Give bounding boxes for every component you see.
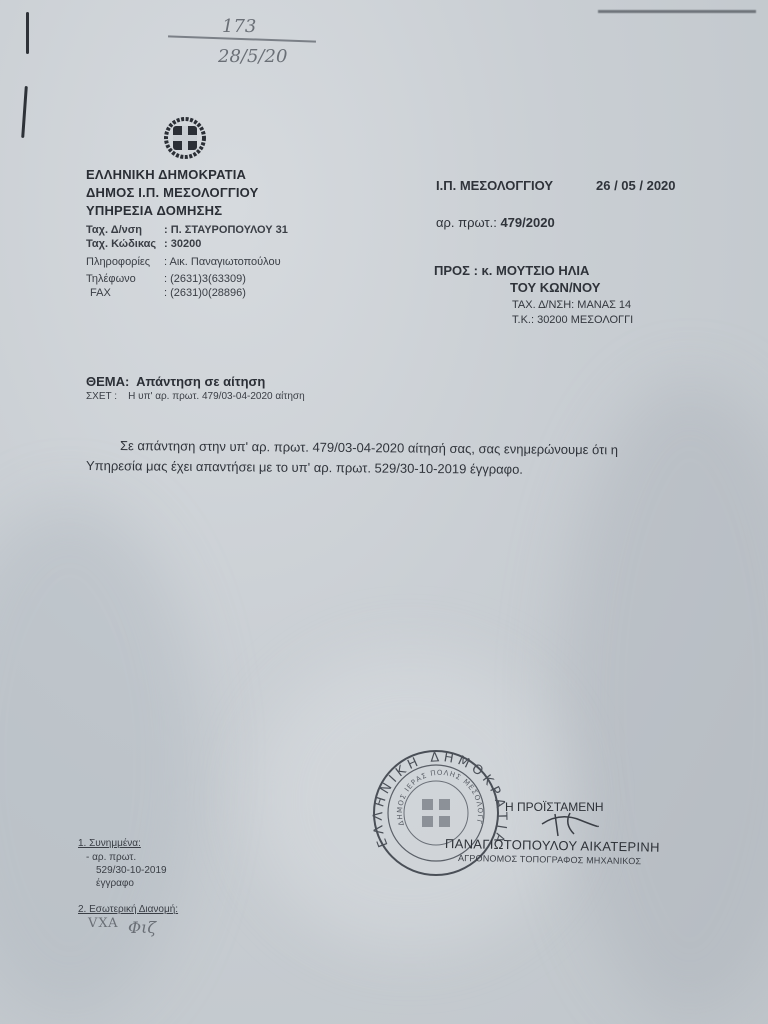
distribution-initials: VXA: [88, 916, 119, 931]
sender-municipality: ΔΗΜΟΣ Ι.Π. ΜΕΣΟΛΟΓΓΙΟΥ: [86, 185, 258, 200]
attachment-line: έγγραφο: [96, 878, 134, 889]
handwritten-signature: [540, 810, 600, 838]
date: 26 / 05 / 2020: [596, 178, 676, 193]
place: Ι.Π. ΜΕΣΟΛΟΓΓΙΟΥ: [436, 178, 553, 193]
margin-mark: [21, 86, 28, 138]
handwritten-date: 28/5/20: [218, 46, 287, 67]
recipient-name: ΠΡΟΣ : κ. ΜΟΥΤΣΙΟ ΗΛΙΑ: [434, 263, 589, 278]
sender-department: ΥΠΗΡΕΣΙΑ ΔΟΜΗΣΗΣ: [86, 203, 222, 218]
greek-coat-of-arms-icon: [163, 116, 207, 160]
scanned-letter-page: 173 28/5/20 ΕΛΛΗΝΙΚΗ ΔΗΜΟΚΡΑΤΙΑ ΔΗΜΟΣ Ι.…: [0, 0, 768, 1024]
recipient-postcode: Τ.Κ.: 30200 ΜΕΣΟΛΟΓΓΙ: [512, 314, 633, 326]
distribution-signature: Φιζ: [128, 918, 156, 937]
sender-field-address: Ταχ. Δ/νση: Π. ΣΤΑΥΡΟΠΟΥΛΟΥ 31: [86, 224, 288, 236]
sender-field-info: Πληροφορίες: Αικ. Παναγιωτοπούλου: [86, 256, 281, 268]
scan-edge-line: [598, 10, 756, 13]
protocol-number: αρ. πρωτ.: 479/2020: [436, 215, 555, 230]
body-line-2: Υπηρεσία μας έχει απαντήσει με το υπ' αρ…: [86, 456, 523, 480]
margin-mark: [26, 12, 29, 54]
subject-line: ΘΕΜΑ: Απάντηση σε αίτηση: [86, 374, 265, 389]
attachment-line: 529/30-10-2019: [96, 865, 167, 876]
sender-field-fax: FAX: (2631)0(28896): [90, 287, 246, 299]
sender-country: ΕΛΛΗΝΙΚΗ ΔΗΜΟΚΡΑΤΙΑ: [86, 167, 246, 182]
attachments-heading: 1. Συνημμένα:: [78, 838, 141, 849]
distribution-heading: 2. Εσωτερική Διανομή:: [78, 904, 178, 915]
handwritten-number: 173: [222, 16, 256, 37]
official-stamp: ΕΛΛΗΝΙΚΗ ΔΗΜΟΚΡΑΤΙΑ ΔΗΜΟΣ ΙΕΡΑΣ ΠΟΛΗΣ ΜΕ…: [370, 745, 510, 885]
reference-line: ΣΧΕΤ : Η υπ' αρ. πρωτ. 479/03-04-2020 αί…: [86, 391, 305, 402]
sender-field-postcode: Ταχ. Κώδικας: 30200: [86, 238, 201, 250]
attachment-line: - αρ. πρωτ.: [86, 852, 136, 863]
recipient-father: ΤΟΥ ΚΩΝ/ΝΟΥ: [510, 280, 600, 295]
sender-field-phone: Τηλέφωνο: (2631)3(63309): [86, 273, 246, 285]
recipient-address: ΤΑΧ. Δ/ΝΣΗ: ΜΑΝΑΣ 14: [512, 299, 631, 311]
